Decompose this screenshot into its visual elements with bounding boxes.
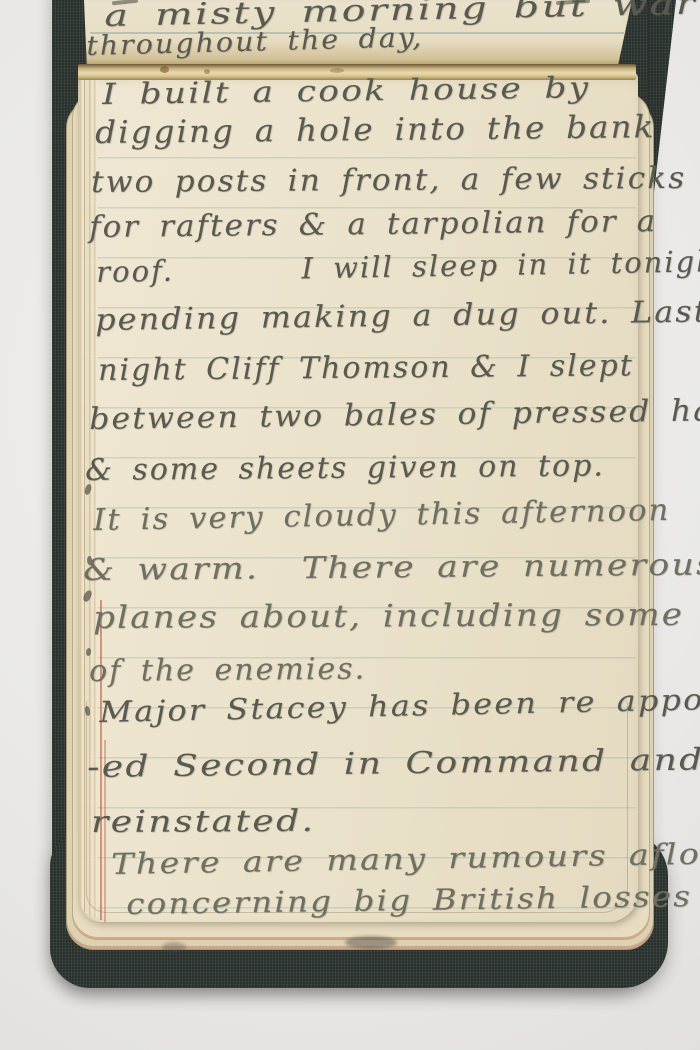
handwriting-line: between two bales of pressed hay — [89, 396, 700, 435]
handwriting-line: & some sheets given on top. — [85, 451, 605, 486]
pencil-smudge — [345, 936, 397, 949]
handwriting-line: concerning big British losses — [126, 882, 692, 919]
handwriting-line: for rafters & a tarpolian for a — [89, 207, 657, 243]
photo-of-diary: a misty morning but warm throughout the … — [0, 0, 700, 1050]
handwriting-line: reinstated. — [91, 807, 315, 838]
handwriting-line: two posts in front, a few sticks — [91, 164, 686, 198]
handwriting-line: digging a hole into the bank — [95, 112, 656, 149]
rust-stain — [204, 69, 210, 74]
handwriting-line: I built a cook house by — [102, 73, 591, 109]
handwriting-line: pending making a dug out. Last — [95, 297, 700, 336]
rust-stain — [330, 68, 344, 73]
handwriting-line: planes about, including some — [93, 600, 684, 634]
handwriting-line: night Cliff Thomson & I slept — [98, 351, 634, 386]
handwriting-line: -ed Second in Command and — [87, 745, 700, 783]
handwriting-line: of the enemies. — [89, 655, 366, 687]
handwriting-line: & warm. There are numerous — [83, 550, 700, 586]
pencil-smudge — [162, 942, 186, 952]
rust-stain — [160, 66, 169, 73]
